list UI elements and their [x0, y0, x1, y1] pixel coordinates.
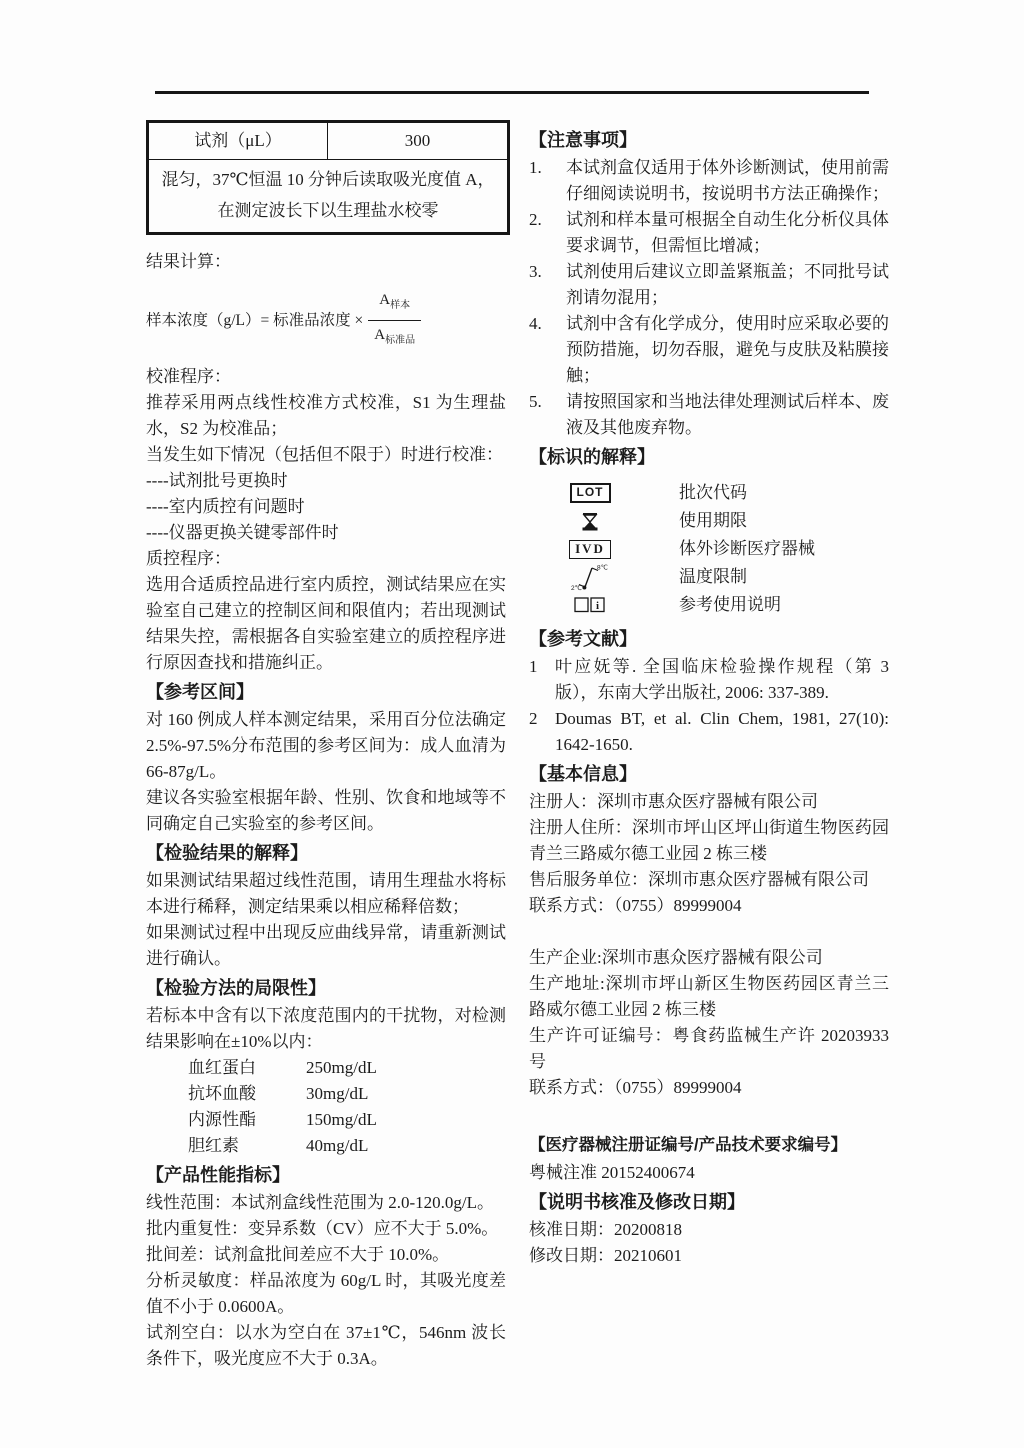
- denominator-subscript: 标准品: [385, 335, 415, 346]
- precaution-number: 5.: [529, 389, 566, 441]
- section-title-limitations: 【检验方法的局限性】: [146, 974, 506, 1002]
- precaution-number: 1.: [529, 155, 566, 207]
- interferent-name: 胆红素: [188, 1133, 306, 1159]
- section-title-registration: 【医疗器械注册证编号/产品技术要求编号】: [529, 1131, 889, 1159]
- interferent-value: 40mg/dL: [306, 1133, 506, 1159]
- calibration-line: 推荐采用两点线性校准方式校准，S1 为生理盐水，S2 为校准品；: [146, 390, 506, 442]
- precaution-text: 请按照国家和当地法律处理测试后样本、废液及其他废弃物。: [566, 389, 889, 441]
- section-title-precautions: 【注意事项】: [529, 126, 889, 154]
- performance-item: 线性范围：本试剂盒线性范围为 2.0-120.0g/L。: [146, 1190, 506, 1216]
- performance-item: 批内重复性：变异系数（CV）应不大于 5.0%。: [146, 1216, 506, 1242]
- precaution-text: 试剂中含有化学成分，使用时应采取必要的预防措施，切勿吞服，避免与皮肤及粘膜接触；: [566, 311, 889, 389]
- interferent-row: 抗坏血酸 30mg/dL: [146, 1081, 506, 1107]
- interferent-row: 内源性酯 150mg/dL: [146, 1107, 506, 1133]
- symbol-row-lot: LOT 批次代码: [557, 479, 889, 507]
- interferent-value: 30mg/dL: [306, 1081, 506, 1107]
- section-title-reference-interval: 【参考区间】: [146, 678, 506, 706]
- interferent-name: 内源性酯: [188, 1107, 306, 1133]
- symbol-legend: LOT 批次代码 使用期限 IVD 体外诊断医疗器械: [557, 479, 889, 619]
- symbol-row-consult-ifu: i 参考使用说明: [557, 591, 889, 619]
- reference-number: 2: [529, 706, 555, 758]
- right-column: 【注意事项】 1. 本试剂盒仅适用于体外诊断测试，使用前需仔细阅读说明书，按说明…: [529, 124, 889, 1269]
- interferent-value: 150mg/dL: [306, 1107, 506, 1133]
- section-title-basic-info: 【基本信息】: [529, 760, 889, 788]
- symbol-label: 参考使用说明: [679, 592, 781, 618]
- registrant-line: 售后服务单位：深圳市惠众医疗器械有限公司: [529, 867, 889, 893]
- denominator-base: A: [374, 327, 385, 343]
- reference-interval-paragraph: 建议各实验室根据年龄、性别、饮食和地域等不同确定自己实验室的参考区间。: [146, 785, 506, 837]
- reference-number: 1: [529, 654, 555, 706]
- precaution-number: 3.: [529, 259, 566, 311]
- registration-number: 粤械注准 20152400674: [529, 1160, 889, 1186]
- interferent-name: 血红蛋白: [188, 1055, 306, 1081]
- symbol-label: 批次代码: [679, 480, 747, 506]
- calibration-line: ----仪器更换关键零部件时: [146, 520, 506, 546]
- reference-interval-paragraph: 对 160 例成人样本测定结果，采用百分位法确定 2.5%-97.5%分布范围的…: [146, 707, 506, 785]
- result-interpretation-paragraph: 如果测试结果超过线性范围，请用生理盐水将标本进行稀释，测定结果乘以相应稀释倍数；: [146, 868, 506, 920]
- section-title-symbols: 【标识的解释】: [529, 443, 889, 471]
- symbol-label: 温度限制: [679, 564, 747, 590]
- manufacturer-line: 联系方式：（0755）89999004: [529, 1075, 889, 1101]
- symbol-row-temperature: 8℃ 2℃ 温度限制: [557, 563, 889, 591]
- procedure-table-note-cell: 混匀，37℃恒温 10 分钟后读取吸光度值 A，在测定波长下以生理盐水校零: [149, 160, 507, 232]
- reference-text: Doumas BT, et al. Clin Chem, 1981, 27(10…: [555, 706, 889, 758]
- interferent-row: 胆红素 40mg/dL: [146, 1133, 506, 1159]
- reference-item: 2 Doumas BT, et al. Clin Chem, 1981, 27(…: [529, 706, 889, 758]
- performance-item: 分析灵敏度：样品浓度为 60g/L 时，其吸光度差值不小于 0.0600A。: [146, 1268, 506, 1320]
- qc-text: 选用合适质控品进行室内质控，测试结果应在实验室自己建立的控制区间和限值内；若出现…: [146, 572, 506, 676]
- symbol-row-expiry: 使用期限: [557, 507, 889, 535]
- section-title-performance: 【产品性能指标】: [146, 1161, 506, 1189]
- precaution-item: 3. 试剂使用后建议立即盖紧瓶盖；不同批号试剂请勿混用；: [529, 259, 889, 311]
- section-title-revision: 【说明书核准及修改日期】: [529, 1188, 889, 1216]
- manufacturer-line: 生产地址:深圳市坪山新区生物医药园区青兰三路威尔德工业园 2 栋三楼: [529, 971, 889, 1023]
- formula-numerator: A样本: [368, 287, 421, 321]
- concentration-formula: 样本浓度（g/L）= 标准品浓度 × A样本 A标准品: [146, 287, 506, 354]
- reagent-volume-label-cell: 试剂（μL）: [149, 123, 328, 159]
- temperature-low-label: 2℃: [571, 584, 582, 591]
- registrant-line: 注册人：深圳市惠众医疗器械有限公司: [529, 789, 889, 815]
- precaution-item: 2. 试剂和样本量可根据全自动生化分析仪具体要求调节，但需恒比增减；: [529, 207, 889, 259]
- precaution-text: 试剂使用后建议立即盖紧瓶盖；不同批号试剂请勿混用；: [566, 259, 889, 311]
- manufacturer-line: 生产许可证编号：粤食药监械生产许 20203933 号: [529, 1023, 889, 1075]
- numerator-base: A: [379, 292, 390, 308]
- precaution-number: 2.: [529, 207, 566, 259]
- result-calc-label: 结果计算：: [146, 249, 506, 275]
- calibration-line: ----试剂批号更换时: [146, 468, 506, 494]
- calibration-label: 校准程序：: [146, 364, 506, 390]
- symbol-row-ivd: IVD 体外诊断医疗器械: [557, 535, 889, 563]
- registrant-line: 联系方式：（0755）89999004: [529, 893, 889, 919]
- section-title-references: 【参考文献】: [529, 625, 889, 653]
- calibration-line: ----室内质控有问题时: [146, 494, 506, 520]
- interferent-row: 血红蛋白 250mg/dL: [146, 1055, 506, 1081]
- revision-date: 修改日期：20210601: [529, 1243, 889, 1269]
- precaution-item: 4. 试剂中含有化学成分，使用时应采取必要的预防措施，切勿吞服，避免与皮肤及粘膜…: [529, 311, 889, 389]
- performance-item: 试剂空白：以水为空白在 37±1℃，546nm 波长条件下，吸光度应不大于 0.…: [146, 1320, 506, 1372]
- limitations-intro: 若标本中含有以下浓度范围内的干扰物，对检测结果影响在±10%以内：: [146, 1003, 506, 1055]
- svg-text:i: i: [596, 600, 599, 612]
- hourglass-icon: [580, 512, 600, 531]
- symbol-label: 使用期限: [679, 508, 747, 534]
- manufacturer-line: 生产企业:深圳市惠众医疗器械有限公司: [529, 945, 889, 971]
- precaution-item: 1. 本试剂盒仅适用于体外诊断测试，使用前需仔细阅读说明书，按说明书方法正确操作…: [529, 155, 889, 207]
- procedure-table-header-row: 试剂（μL） 300: [149, 123, 507, 160]
- reference-text: 叶应妩等. 全国临床检验操作规程（第 3 版），东南大学出版社, 2006: 3…: [555, 654, 889, 706]
- precaution-text: 本试剂盒仅适用于体外诊断测试，使用前需仔细阅读说明书，按说明书方法正确操作；: [566, 155, 889, 207]
- precaution-item: 5. 请按照国家和当地法律处理测试后样本、废液及其他废弃物。: [529, 389, 889, 441]
- precaution-text: 试剂和样本量可根据全自动生化分析仪具体要求调节，但需恒比增减；: [566, 207, 889, 259]
- ivd-icon: IVD: [569, 540, 611, 559]
- reagent-volume-value-cell: 300: [328, 123, 507, 159]
- page-top-divider: [155, 91, 869, 94]
- registrant-line: 注册人住所：深圳市坪山区坪山街道生物医药园青兰三路威尔德工业园 2 栋三楼: [529, 815, 889, 867]
- formula-fraction: A样本 A标准品: [368, 287, 421, 354]
- procedure-table: 试剂（μL） 300 混匀，37℃恒温 10 分钟后读取吸光度值 A，在测定波长…: [146, 120, 510, 235]
- calibration-line: 当发生如下情况（包括但不限于）时进行校准：: [146, 442, 506, 468]
- interferent-name: 抗坏血酸: [188, 1081, 306, 1107]
- formula-prefix: 样本浓度（g/L）= 标准品浓度 ×: [146, 308, 363, 334]
- performance-item: 批间差：试剂盒批间差应不大于 10.0%。: [146, 1242, 506, 1268]
- formula-denominator: A标准品: [368, 321, 421, 354]
- numerator-subscript: 样本: [390, 300, 410, 311]
- precaution-number: 4.: [529, 311, 566, 389]
- temperature-high-label: 8℃: [597, 564, 608, 572]
- left-column: 试剂（μL） 300 混匀，37℃恒温 10 分钟后读取吸光度值 A，在测定波长…: [146, 120, 506, 1372]
- lot-icon: LOT: [570, 483, 611, 503]
- interferent-value: 250mg/dL: [306, 1055, 506, 1081]
- consult-instructions-icon: i: [573, 595, 607, 615]
- approval-date: 核准日期：20200818: [529, 1217, 889, 1243]
- symbol-label: 体外诊断医疗器械: [679, 536, 815, 562]
- reference-item: 1 叶应妩等. 全国临床检验操作规程（第 3 版），东南大学出版社, 2006:…: [529, 654, 889, 706]
- qc-label: 质控程序：: [146, 546, 506, 572]
- section-title-result-interpretation: 【检验结果的解释】: [146, 839, 506, 867]
- temperature-limit-icon: 8℃ 2℃: [571, 563, 609, 591]
- result-interpretation-paragraph: 如果测试过程中出现反应曲线异常，请重新测试进行确认。: [146, 920, 506, 972]
